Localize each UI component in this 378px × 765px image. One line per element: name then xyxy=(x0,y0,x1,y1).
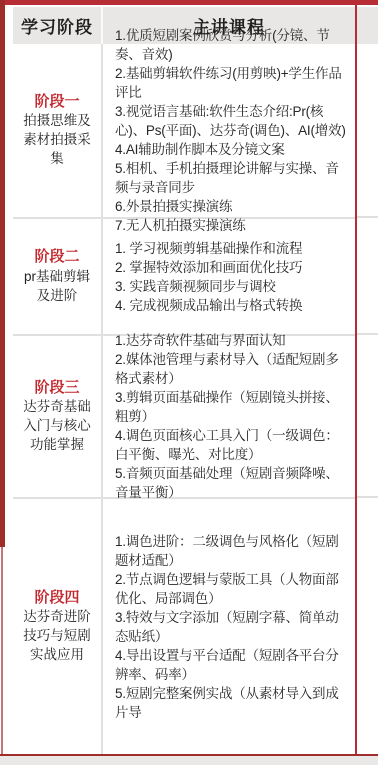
stage-cell: 阶段二pr基础剪辑及进阶 xyxy=(13,219,103,334)
course-item: 1.优质短剧案例欣赏与分析(分镜、节奏、音效) xyxy=(115,26,347,64)
course-item: 5.音频页面基础处理（短剧音频降噪、音量平衡） xyxy=(115,464,347,502)
right-red-border xyxy=(355,0,357,756)
stage-description: 达芬奇进阶技巧与短剧实战应用 xyxy=(19,608,95,665)
stage-cell: 阶段四达芬奇进阶技巧与短剧实战应用 xyxy=(13,499,103,754)
stage-description: pr基础剪辑及进阶 xyxy=(19,268,95,306)
course-item: 4.AI辅助制作脚本及分镜文案 xyxy=(115,140,347,159)
course-item: 4.导出设置与平台适配（短剧各平台分辨率、码率） xyxy=(115,646,347,684)
course-item: 2.媒体池管理与素材导入（适配短剧多格式素材） xyxy=(115,350,347,388)
course-item: 4.调色页面核心工具入门（一级调色：白平衡、曝光、对比度） xyxy=(115,426,347,464)
row-divider xyxy=(357,496,378,498)
stage-label: 阶段三 xyxy=(34,378,79,398)
courses-cell: 1. 学习视频剪辑基础操作和流程2. 掌握特效添加和画面优化技巧3. 实践音频视… xyxy=(103,219,355,334)
left-red-thin-line xyxy=(1,547,3,754)
row-divider xyxy=(357,216,378,218)
course-item: 3.特效与文字添加（短剧字幕、简单动态贴纸） xyxy=(115,608,347,646)
table-row: 阶段四达芬奇进阶技巧与短剧实战应用1.调色进阶：二级调色与风格化（短剧题材适配）… xyxy=(13,497,355,754)
stage-description: 达芬奇基础入门与核心功能掌握 xyxy=(19,398,95,455)
top-red-border xyxy=(0,0,378,5)
row-divider xyxy=(357,333,378,335)
stage-label: 阶段一 xyxy=(34,92,79,112)
stage-label: 阶段四 xyxy=(34,588,79,608)
course-item: 3. 实践音频视频同步与调校 xyxy=(115,277,347,296)
course-schedule-table: 学习阶段 主讲课程 阶段一拍摄思维及素材拍摄采集1.优质短剧案例欣赏与分析(分镜… xyxy=(0,0,378,765)
courses-cell: 1.调色进阶：二级调色与风格化（短剧题材适配）2.节点调色逻辑与蒙版工具（人物面… xyxy=(103,499,355,754)
courses-cell: 1.优质短剧案例欣赏与分析(分镜、节奏、音效)2.基础剪辑软件练习(用剪映)+学… xyxy=(103,44,355,217)
next-column-header-sliver xyxy=(357,7,378,44)
table-row: 阶段二pr基础剪辑及进阶1. 学习视频剪辑基础操作和流程2. 掌握特效添加和画面… xyxy=(13,217,355,334)
stage-cell: 阶段一拍摄思维及素材拍摄采集 xyxy=(13,44,103,217)
course-item: 6.外景拍摄实操演练 xyxy=(115,197,347,216)
course-item: 1.调色进阶：二级调色与风格化（短剧题材适配） xyxy=(115,532,347,570)
course-item: 2. 掌握特效添加和画面优化技巧 xyxy=(115,258,347,277)
next-column-sliver xyxy=(357,5,378,754)
course-item: 2.节点调色逻辑与蒙版工具（人物面部优化、局部调色） xyxy=(115,570,347,608)
courses-cell: 1.达芬奇软件基础与界面认知2.媒体池管理与素材导入（适配短剧多格式素材）3.剪… xyxy=(103,336,355,497)
left-red-accent-bar xyxy=(0,0,5,547)
table: 学习阶段 主讲课程 阶段一拍摄思维及素材拍摄采集1.优质短剧案例欣赏与分析(分镜… xyxy=(13,5,355,754)
course-item: 5.短剧完整案例实战（从素材导入到成片导 xyxy=(115,684,347,722)
table-body: 阶段一拍摄思维及素材拍摄采集1.优质短剧案例欣赏与分析(分镜、节奏、音效)2.基… xyxy=(13,44,355,754)
course-item: 3.剪辑页面基础操作（短剧镜头拼接、粗剪） xyxy=(115,388,347,426)
bottom-background-strip xyxy=(0,756,378,765)
table-row: 阶段三达芬奇基础入门与核心功能掌握1.达芬奇软件基础与界面认知2.媒体池管理与素… xyxy=(13,334,355,497)
course-item: 3.视觉语言基础:软件生态介绍:Pr(核心)、Ps(平面)、达芬奇(调色)、AI… xyxy=(115,102,347,140)
course-item: 5.相机、手机拍摄理论讲解与实操、音频与录音同步 xyxy=(115,159,347,197)
course-item: 2.基础剪辑软件练习(用剪映)+学生作品评比 xyxy=(115,64,347,102)
course-item: 1.达芬奇软件基础与界面认知 xyxy=(115,331,347,350)
course-item: 1. 学习视频剪辑基础操作和流程 xyxy=(115,239,347,258)
bottom-red-border xyxy=(0,754,378,756)
stage-label: 阶段二 xyxy=(34,247,79,267)
header-stage-column: 学习阶段 xyxy=(13,7,103,44)
course-item: 4. 完成视频成品输出与格式转换 xyxy=(115,296,347,315)
stage-cell: 阶段三达芬奇基础入门与核心功能掌握 xyxy=(13,336,103,497)
table-row: 阶段一拍摄思维及素材拍摄采集1.优质短剧案例欣赏与分析(分镜、节奏、音效)2.基… xyxy=(13,44,355,217)
stage-description: 拍摄思维及素材拍摄采集 xyxy=(19,112,95,169)
